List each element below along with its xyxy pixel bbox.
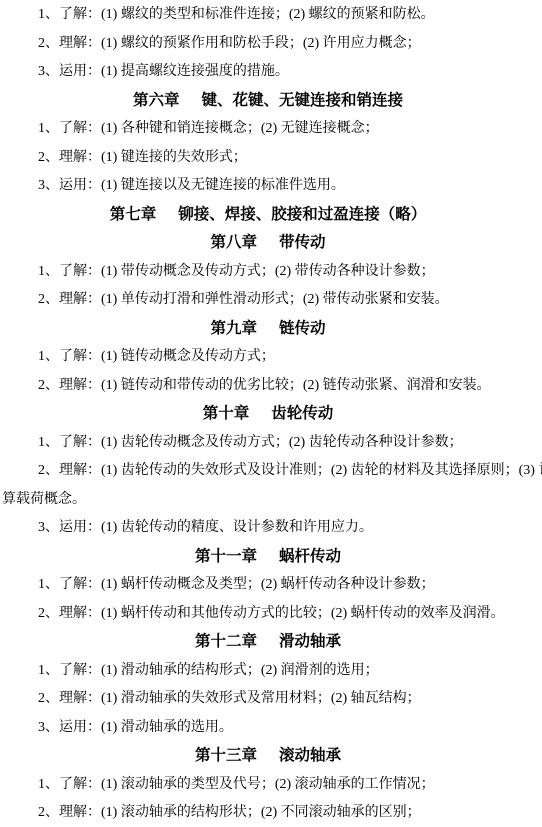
- chapter-title: 滑动轴承: [279, 633, 341, 650]
- chapter-title: 链传动: [279, 320, 326, 337]
- chapter-number: 第十二章: [195, 633, 257, 650]
- chapter-title: 蜗杆传动: [279, 548, 341, 565]
- chapter-title: 键、花键、无键连接和销连接: [202, 92, 404, 109]
- document-page: 1、了解：(1) 螺纹的类型和标准件连接；(2) 螺纹的预紧和防松。 2、理解：…: [0, 0, 542, 827]
- chapter-title: 铆接、焊接、胶接和过盈连接（略）: [178, 206, 426, 223]
- chapter-heading: 第七章铆接、焊接、胶接和过盈连接（略）: [0, 201, 542, 230]
- chapter-heading: 第十一章蜗杆传动: [0, 543, 542, 572]
- chapter-title: 滚动轴承: [279, 747, 341, 764]
- paragraph: 2、理解：(1) 单传动打滑和弹性滑动形式；(2) 带传动张紧和安装。: [0, 286, 542, 315]
- paragraph: 2、理解：(1) 螺纹的预紧作用和防松手段；(2) 许用应力概念；: [0, 30, 542, 59]
- paragraph: 1、了解：(1) 滑动轴承的结构形式；(2) 润滑剂的选用；: [0, 657, 542, 686]
- paragraph: 3、运用：(1) 滑动轴承的选用。: [0, 714, 542, 743]
- chapter-heading: 第十二章滑动轴承: [0, 628, 542, 657]
- chapter-heading: 第八章带传动: [0, 229, 542, 258]
- paragraph: 2、理解：(1) 链传动和带传动的优劣比较；(2) 链传动张紧、润滑和安装。: [0, 372, 542, 401]
- chapter-title: 带传动: [279, 234, 326, 251]
- paragraph: 2、理解：(1) 蜗杆传动和其他传动方式的比较；(2) 蜗杆传动的效率及润滑。: [0, 600, 542, 629]
- chapter-title: 齿轮传动: [271, 405, 333, 422]
- chapter-number: 第八章: [210, 234, 257, 251]
- chapter-number: 第七章: [110, 206, 157, 223]
- paragraph: 2、理解：(1) 滚动轴承的结构形状；(2) 不同滚动轴承的区别；: [0, 799, 542, 827]
- paragraph-continuation: 算载荷概念。: [0, 486, 542, 515]
- chapter-heading: 第九章链传动: [0, 315, 542, 344]
- paragraph: 2、理解：(1) 滑动轴承的失效形式及常用材料；(2) 轴瓦结构；: [0, 685, 542, 714]
- paragraph: 3、运用：(1) 提高螺纹连接强度的措施。: [0, 58, 542, 87]
- paragraph: 1、了解：(1) 滚动轴承的类型及代号；(2) 滚动轴承的工作情况；: [0, 771, 542, 800]
- paragraph: 1、了解：(1) 链传动概念及传动方式；: [0, 343, 542, 372]
- chapter-number: 第十章: [203, 405, 250, 422]
- chapter-heading: 第十章齿轮传动: [0, 400, 542, 429]
- paragraph: 3、运用：(1) 键连接以及无键连接的标准件选用。: [0, 172, 542, 201]
- chapter-heading: 第十三章滚动轴承: [0, 742, 542, 771]
- chapter-number: 第九章: [210, 320, 257, 337]
- paragraph: 3、运用：(1) 齿轮传动的精度、设计参数和许用应力。: [0, 514, 542, 543]
- paragraph: 2、理解：(1) 齿轮传动的失效形式及设计准则；(2) 齿轮的材料及其选择原则；…: [0, 457, 542, 486]
- paragraph: 2、理解：(1) 键连接的失效形式；: [0, 144, 542, 173]
- chapter-number: 第六章: [133, 92, 180, 109]
- chapter-heading: 第六章键、花键、无键连接和销连接: [0, 87, 542, 116]
- paragraph: 1、了解：(1) 齿轮传动概念及传动方式；(2) 齿轮传动各种设计参数；: [0, 429, 542, 458]
- paragraph: 1、了解：(1) 带传动概念及传动方式；(2) 带传动各种设计参数；: [0, 258, 542, 287]
- paragraph: 1、了解：(1) 螺纹的类型和标准件连接；(2) 螺纹的预紧和防松。: [0, 1, 542, 30]
- paragraph: 1、了解：(1) 各种键和销连接概念；(2) 无键连接概念；: [0, 115, 542, 144]
- chapter-number: 第十一章: [195, 548, 257, 565]
- paragraph: 1、了解：(1) 蜗杆传动概念及类型；(2) 蜗杆传动各种设计参数；: [0, 571, 542, 600]
- chapter-number: 第十三章: [195, 747, 257, 764]
